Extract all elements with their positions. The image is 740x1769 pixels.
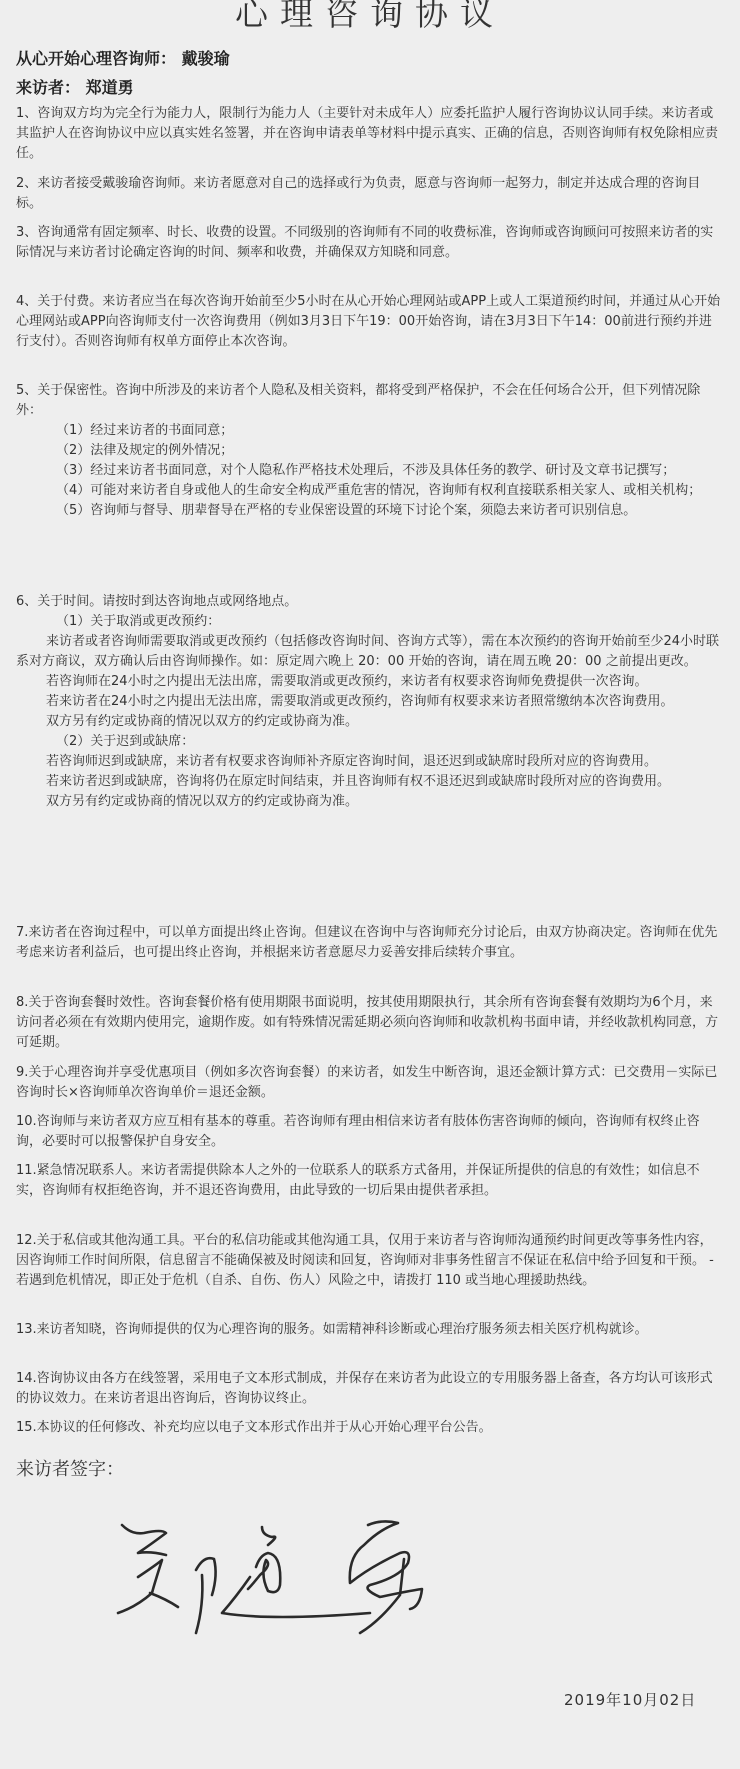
clause-4: 4、关于付费。来访者应当在每次咨询开始前至少5小时在从心开始心理网站或APP上或… bbox=[16, 292, 724, 352]
list-item: （1）经过来访者的书面同意； bbox=[16, 421, 724, 441]
clause-9: 9.关于心理咨询并享受优惠项目（例如多次咨询套餐）的来访者，如发生中断咨询，退还… bbox=[16, 1063, 724, 1103]
handwritten-signature bbox=[110, 1515, 450, 1635]
clause-12: 12.关于私信或其他沟通工具。平台的私信功能或其他沟通工具，仅用于来访者与咨询师… bbox=[16, 1231, 724, 1291]
paragraph: 若来访者在24小时之内提出无法出席，需要取消或更改预约，咨询师有权要求来访者照常… bbox=[16, 692, 724, 712]
paragraph: 若咨询师迟到或缺席，来访者有权要求咨询师补齐原定咨询时间，退还迟到或缺席时段所对… bbox=[16, 752, 724, 772]
subsection-title: （2）关于迟到或缺席： bbox=[16, 732, 724, 752]
clause-text: 10.咨询师与来访者双方应互相有基本的尊重。若咨询师有理由相信来访者有肢体伤害咨… bbox=[16, 1112, 724, 1152]
list-item: （2）法律及规定的例外情况； bbox=[16, 441, 724, 461]
clause-6: 6、关于时间。请按时到达咨询地点或网络地点。 （1）关于取消或更改预约： 来访者… bbox=[16, 592, 724, 812]
clause-text: 1、咨询双方均为完全行为能力人，限制行为能力人（主要针对未成年人）应委托监护人履… bbox=[16, 104, 724, 164]
clause-text: 2、来访者接受戴骏瑜咨询师。来访者愿意对自己的选择或行为负责，愿意与咨询师一起努… bbox=[16, 174, 724, 214]
clause-text: 11.紧急情况联系人。来访者需提供除本人之外的一位联系人的联系方式备用，并保证所… bbox=[16, 1161, 724, 1201]
signing-date: 2019年10月02日 bbox=[564, 1689, 696, 1710]
clause-text: 15.本协议的任何修改、补充均应以电子文本形式作出并于从心开始心理平台公告。 bbox=[16, 1418, 724, 1438]
clause-text: 6、关于时间。请按时到达咨询地点或网络地点。 bbox=[16, 592, 724, 612]
paragraph: 来访者或者咨询师需要取消或更改预约（包括修改咨询时间、咨询方式等），需在本次预约… bbox=[16, 632, 724, 672]
clause-2: 2、来访者接受戴骏瑜咨询师。来访者愿意对自己的选择或行为负责，愿意与咨询师一起努… bbox=[16, 174, 724, 214]
clause-text: 13.来访者知晓，咨询师提供的仅为心理咨询的服务。如需精神科诊断或心理治疗服务须… bbox=[16, 1320, 724, 1340]
paragraph: 若咨询师在24小时之内提出无法出席，需要取消或更改预约，来访者有权要求咨询师免费… bbox=[16, 672, 724, 692]
clause-3: 3、咨询通常有固定频率、时长、收费的设置。不同级别的咨询师有不同的收费标准，咨询… bbox=[16, 223, 724, 263]
clause-text: 3、咨询通常有固定频率、时长、收费的设置。不同级别的咨询师有不同的收费标准，咨询… bbox=[16, 223, 724, 263]
list-item: （4）可能对来访者自身或他人的生命安全构成严重危害的情况，咨询师有权利直接联系相… bbox=[16, 481, 724, 501]
clause-text: 14.咨询协议由各方在线签署，采用电子文本形式制成，并保存在来访者为此设立的专用… bbox=[16, 1369, 724, 1409]
clause-13: 13.来访者知晓，咨询师提供的仅为心理咨询的服务。如需精神科诊断或心理治疗服务须… bbox=[16, 1320, 724, 1340]
clause-text: 12.关于私信或其他沟通工具。平台的私信功能或其他沟通工具，仅用于来访者与咨询师… bbox=[16, 1231, 724, 1291]
page-title: 心理咨询协议 bbox=[0, 0, 740, 34]
list-item: （5）咨询师与督导、朋辈督导在严格的专业保密设置的环境下讨论个案，须隐去来访者可… bbox=[16, 501, 724, 521]
counselor-line: 从心开始心理咨询师： 戴骏瑜 bbox=[16, 46, 230, 69]
clause-text: 8.关于咨询套餐时效性。咨询套餐价格有使用期限书面说明，按其使用期限执行，其余所… bbox=[16, 993, 724, 1053]
clause-text: 9.关于心理咨询并享受优惠项目（例如多次咨询套餐）的来访者，如发生中断咨询，退还… bbox=[16, 1063, 724, 1103]
clause-10: 10.咨询师与来访者双方应互相有基本的尊重。若咨询师有理由相信来访者有肢体伤害咨… bbox=[16, 1112, 724, 1152]
paragraph: 若来访者迟到或缺席，咨询将仍在原定时间结束，并且咨询师有权不退还迟到或缺席时段所… bbox=[16, 772, 724, 792]
clause-14: 14.咨询协议由各方在线签署，采用电子文本形式制成，并保存在来访者为此设立的专用… bbox=[16, 1369, 724, 1409]
clause-5: 5、关于保密性。咨询中所涉及的来访者个人隐私及相关资料，都将受到严格保护，不会在… bbox=[16, 381, 724, 521]
clause-text: 4、关于付费。来访者应当在每次咨询开始前至少5小时在从心开始心理网站或APP上或… bbox=[16, 292, 724, 352]
clause-text: 5、关于保密性。咨询中所涉及的来访者个人隐私及相关资料，都将受到严格保护，不会在… bbox=[16, 381, 724, 421]
subsection-title: （1）关于取消或更改预约： bbox=[16, 612, 724, 632]
client-line: 来访者： 郑道勇 bbox=[16, 75, 134, 98]
list-item: （3）经过来访者书面同意，对个人隐私作严格技术处理后，不涉及具体任务的教学、研讨… bbox=[16, 461, 724, 481]
paragraph: 双方另有约定或协商的情况以双方的约定或协商为准。 bbox=[16, 712, 724, 732]
clause-1: 1、咨询双方均为完全行为能力人，限制行为能力人（主要针对未成年人）应委托监护人履… bbox=[16, 104, 724, 164]
signature-label: 来访者签字： bbox=[16, 1455, 124, 1481]
clause-15: 15.本协议的任何修改、补充均应以电子文本形式作出并于从心开始心理平台公告。 bbox=[16, 1418, 724, 1438]
paragraph: 双方另有约定或协商的情况以双方的约定或协商为准。 bbox=[16, 792, 724, 812]
clause-7: 7.来访者在咨询过程中，可以单方面提出终止咨询。但建议在咨询中与咨询师充分讨论后… bbox=[16, 923, 724, 963]
clause-8: 8.关于咨询套餐时效性。咨询套餐价格有使用期限书面说明，按其使用期限执行，其余所… bbox=[16, 993, 724, 1053]
clause-11: 11.紧急情况联系人。来访者需提供除本人之外的一位联系人的联系方式备用，并保证所… bbox=[16, 1161, 724, 1201]
clause-text: 7.来访者在咨询过程中，可以单方面提出终止咨询。但建议在咨询中与咨询师充分讨论后… bbox=[16, 923, 724, 963]
